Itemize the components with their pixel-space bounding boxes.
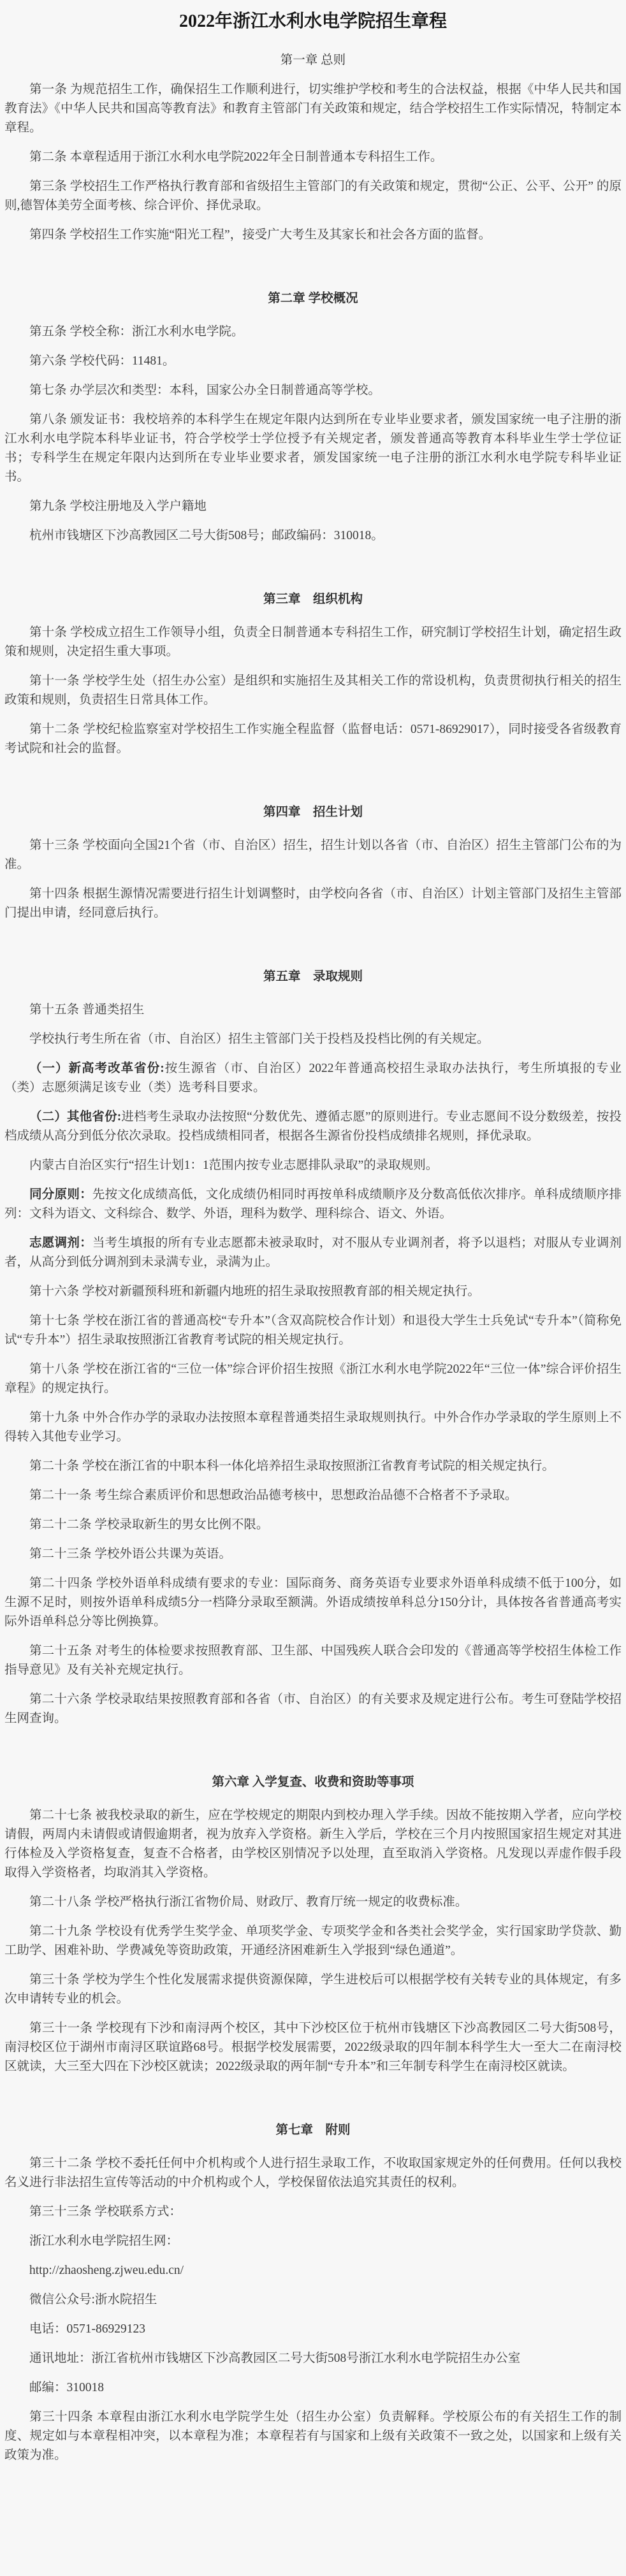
paragraph: 第二十六条 学校录取结果按照教育部和各省（市、自治区）的有关要求及规定进行公布。… (4, 1690, 622, 1728)
paragraph: 微信公众号:浙水院招生 (4, 2290, 622, 2310)
document-title: 2022年浙江水利水电学院招生章程 (4, 9, 622, 34)
paragraph: 第九条 学校注册地及入学户籍地 (4, 497, 622, 516)
paragraph: 内蒙古自治区实行“招生计划1：1范围内按专业志愿排队录取”的录取规则。 (4, 1156, 622, 1175)
paragraph: 第二十九条 学校设有优秀学生奖学金、单项奖学金、专项奖学金和各类社会奖学金，实行… (4, 1922, 622, 1960)
paragraph-text: 先按文化成绩高低，文化成绩仍相同时再按单科成绩顺序及分数高低依次排序。单科成绩顺… (4, 1188, 622, 1220)
paragraph-bold-prefix: 志愿调剂： (29, 1236, 92, 1250)
paragraph-bold-prefix: （二）其他省份: (29, 1110, 121, 1124)
paragraph: 第二十条 学校在浙江省的中职本科一体化培养招生录取按照浙江省教育考试院的相关规定… (4, 1457, 622, 1476)
paragraph: 志愿调剂：当考生填报的所有专业志愿都未被录取时，对不服从专业调剂者，将予以退档；… (4, 1234, 622, 1272)
chapter-heading: 第七章 附则 (4, 2121, 622, 2140)
paragraph: 第十四条 根据生源情况需要进行招生计划调整时，由学校向各省（市、自治区）计划主管… (4, 885, 622, 923)
paragraph-bold-prefix: （一）新高考改革省份: (29, 1062, 164, 1075)
paragraph: 第二十二条 学校录取新生的男女比例不限。 (4, 1516, 622, 1535)
paragraph: 第十五条 普通类招生 (4, 1001, 622, 1020)
chapter-heading: 第一章 总则 (4, 51, 622, 70)
paragraph: 第三条 学校招生工作严格执行教育部和省级招生主管部门的有关政策和规定，贯彻“公正… (4, 177, 622, 215)
chapter-heading: 第四章 招生计划 (4, 803, 622, 822)
paragraph: 第十六条 学校对新疆预科班和新疆内地班的招生录取按照教育部的相关规定执行。 (4, 1282, 622, 1301)
paragraph: 第五条 学校全称：浙江水利水电学院。 (4, 322, 622, 342)
paragraph: 第二十一条 考生综合素质评价和思想政治品德考核中，思想政治品德不合格者不予录取。 (4, 1486, 622, 1505)
paragraph: （一）新高考改革省份:按生源省（市、自治区）2022年普通高校招生录取办法执行，… (4, 1059, 622, 1097)
paragraph: 第三十条 学校为学生个性化发展需求提供资源保障，学生进校后可以根据学校有关转专业… (4, 1971, 622, 2009)
paragraph: 第二十五条 对考生的体检要求按照教育部、卫生部、中国残疾人联合会印发的《普通高等… (4, 1642, 622, 1680)
paragraph: 第四条 学校招生工作实施“阳光工程”，接受广大考生及其家长和社会各方面的监督。 (4, 226, 622, 245)
paragraph: 浙江水利水电学院招生网： (4, 2232, 622, 2251)
chapter-heading: 第三章 组织机构 (4, 590, 622, 609)
paragraph-text: 当考生填报的所有专业志愿都未被录取时，对不服从专业调剂者，将予以退档；对服从专业… (4, 1236, 622, 1269)
paragraph: 第十八条 学校在浙江省的“三位一体”综合评价招生按照《浙江水利水电学院2022年… (4, 1360, 622, 1398)
paragraph: 第十条 学校成立招生工作领导小组，负责全日制普通本专科招生工作，研究制订学校招生… (4, 623, 622, 662)
paragraph: 第六条 学校代码：11481。 (4, 352, 622, 371)
paragraph: 第三十三条 学校联系方式： (4, 2203, 622, 2222)
chapter-heading: 第二章 学校概况 (4, 289, 622, 308)
paragraph: 杭州市钱塘区下沙高教园区二号大街508号；邮政编码：310018。 (4, 526, 622, 546)
paragraph: 第三十一条 学校现有下沙和南浔两个校区，其中下沙校区位于杭州市钱塘区下沙高教园区… (4, 2019, 622, 2076)
paragraph: 同分原则：先按文化成绩高低，文化成绩仍相同时再按单科成绩顺序及分数高低依次排序。… (4, 1185, 622, 1224)
paragraph: （二）其他省份:进档考生录取办法按照“分数优先、遵循志愿”的原则进行。专业志愿间… (4, 1108, 622, 1146)
paragraph: 第二十七条 被我校录取的新生，应在学校规定的期限内到校办理入学手续。因故不能按期… (4, 1806, 622, 1883)
paragraph: 第十三条 学校面向全国21个省（市、自治区）招生，招生计划以各省（市、自治区）招… (4, 836, 622, 874)
chapter-heading: 第五章 录取规则 (4, 967, 622, 987)
chapter-heading: 第六章 入学复查、收费和资助等事项 (4, 1773, 622, 1792)
paragraph: 第十七条 学校在浙江省的普通高校“专升本”（含双高院校合作计划）和退役大学生士兵… (4, 1312, 622, 1350)
paragraph: 第二十三条 学校外语公共课为英语。 (4, 1545, 622, 1564)
paragraph: 邮编：310018 (4, 2378, 622, 2398)
paragraph: 电话：0571-86929123 (4, 2320, 622, 2339)
admissions-regulations-document: 2022年浙江水利水电学院招生章程 第一章 总则第一条 为规范招生工作，确保招生… (0, 0, 626, 2501)
paragraph: 第三十四条 本章程由浙江水利水电学院学生处（招生办公室）负责解释。学校原公布的有… (4, 2408, 622, 2465)
paragraph: 第十一条 学校学生处（招生办公室）是组织和实施招生及其相关工作的常设机构，负责贯… (4, 672, 622, 710)
paragraph: 第二条 本章程适用于浙江水利水电学院2022年全日制普通本专科招生工作。 (4, 148, 622, 167)
document-body: 第一章 总则第一条 为规范招生工作，确保招生工作顺利进行，切实维护学校和考生的合… (4, 51, 622, 2465)
paragraph-bold-prefix: 同分原则： (29, 1188, 92, 1201)
paragraph: http://zhaosheng.zjweu.edu.cn/ (4, 2261, 622, 2280)
paragraph: 第一条 为规范招生工作，确保招生工作顺利进行，切实维护学校和考生的合法权益，根据… (4, 80, 622, 138)
paragraph: 第八条 颁发证书：我校培养的本科学生在规定年限内达到所在专业毕业要求者，颁发国家… (4, 410, 622, 487)
paragraph: 第十九条 中外合作办学的录取办法按照本章程普通类招生录取规则执行。中外合作办学录… (4, 1408, 622, 1447)
paragraph: 学校执行考生所在省（市、自治区）招生主管部门关于投档及投档比例的有关规定。 (4, 1030, 622, 1049)
paragraph: 第二十八条 学校严格执行浙江省物价局、财政厅、教育厅统一规定的收费标准。 (4, 1893, 622, 1912)
paragraph: 第十二条 学校纪检监察室对学校招生工作实施全程监督（监督电话：0571-8692… (4, 720, 622, 758)
paragraph: 第三十二条 学校不委托任何中介机构或个人进行招生录取工作，不收取国家规定外的任何… (4, 2154, 622, 2192)
paragraph: 第二十四条 学校外语单科成绩有要求的专业：国际商务、商务英语专业要求外语单科成绩… (4, 1574, 622, 1632)
paragraph: 第七条 办学层次和类型：本科，国家公办全日制普通高等学校。 (4, 381, 622, 400)
paragraph: 通讯地址：浙江省杭州市钱塘区下沙高教园区二号大街508号浙江水利水电学院招生办公… (4, 2349, 622, 2368)
